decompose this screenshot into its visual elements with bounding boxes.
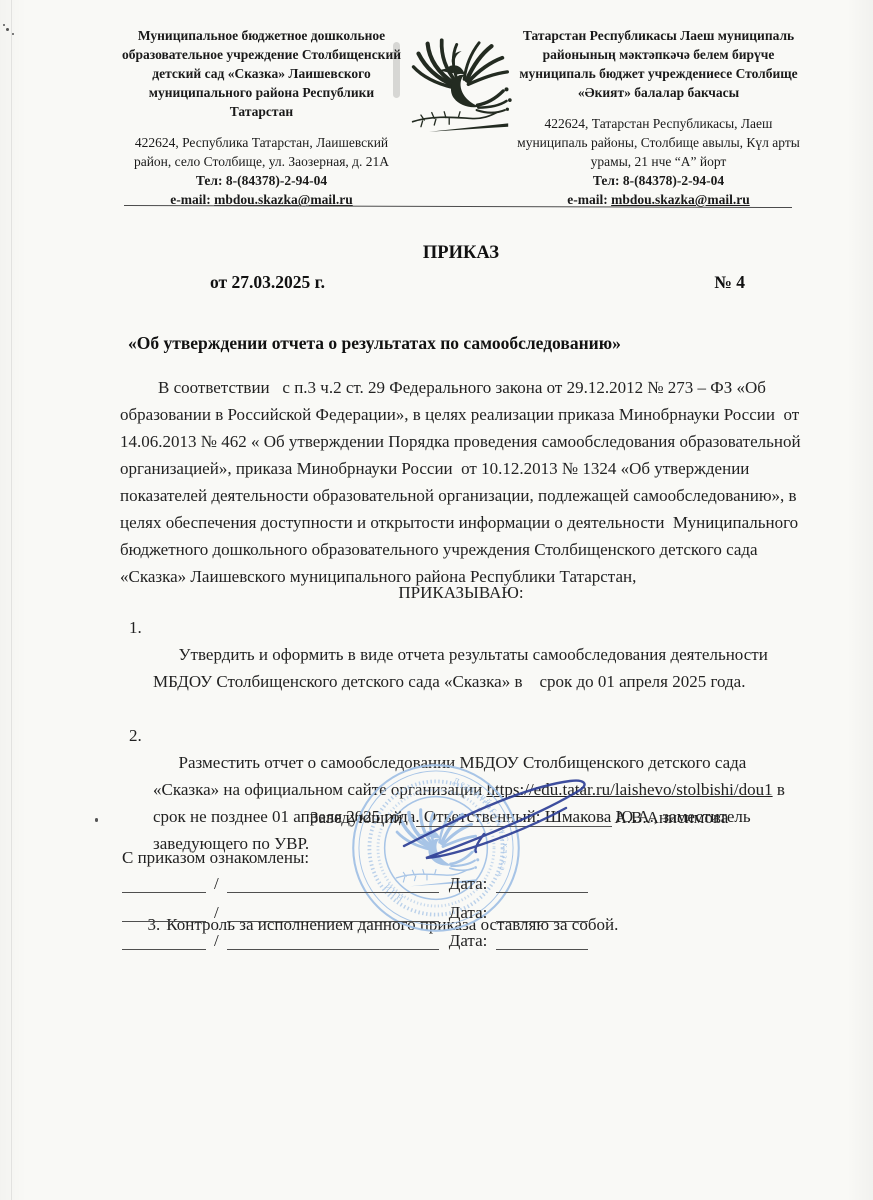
letterhead-left-russian: Муниципальное бюджетное дошкольное образ… [118, 26, 405, 209]
org-address-tatar: 422624, Татарстан Республикасы, Лаеш мун… [515, 114, 802, 171]
date-number-row: от 27.03.2025 г. № 4 [120, 272, 802, 293]
order-number: № 4 [714, 272, 745, 293]
email-label: e-mail: [567, 192, 607, 207]
letterhead: Муниципальное бюджетное дошкольное образ… [118, 26, 802, 209]
name-blank [227, 878, 439, 893]
name-blank [227, 907, 439, 922]
date-blank [496, 878, 588, 893]
resolution-word: ПРИКАЗЫВАЮ: [120, 583, 802, 603]
acknowledgment-rows: / Дата: / Дата: / Дата: [122, 874, 588, 960]
letterhead-right-tatar: Татарстан Республикасы Лаеш муниципаль р… [515, 26, 802, 209]
email-address: mbdou.skazka@mail.ru [611, 192, 750, 207]
scanned-order-document: Муниципальное бюджетное дошкольное образ… [0, 0, 873, 1200]
org-phone: Тел: 8-(84378)-2-94-04 [118, 171, 405, 190]
org-name-russian: Муниципальное бюджетное дошкольное образ… [118, 26, 405, 121]
separator: / [214, 903, 219, 923]
document-type-heading: ПРИКАЗ [120, 243, 802, 264]
date-label: Дата: [449, 931, 488, 951]
name-blank [227, 935, 439, 950]
order-subject: «Об утверждении отчета о результатах по … [128, 333, 808, 354]
scan-edge-line [11, 0, 12, 1200]
org-name-tatar: Татарстан Республикасы Лаеш муниципаль р… [515, 26, 802, 102]
acknowledgment-row: / Дата: [122, 931, 588, 960]
scan-speckle [3, 24, 5, 26]
order-date: от 27.03.2025 г. [210, 272, 325, 293]
signature-blank [122, 907, 206, 922]
signature-blank [122, 935, 206, 950]
signature-blank [122, 878, 206, 893]
separator: / [214, 931, 219, 951]
firebird-logo [406, 26, 514, 209]
separator: / [214, 874, 219, 894]
acknowledgment-row: / Дата: [122, 874, 588, 903]
date-label: Дата: [449, 903, 488, 923]
item-text: Утвердить и оформить в виде отчета резул… [153, 645, 772, 691]
acknowledgment-row: / Дата: [122, 903, 588, 932]
date-blank [496, 935, 588, 950]
scan-speckle [6, 28, 9, 31]
item-number: 1. [129, 614, 142, 641]
org-address-russian: 422624, Республика Татарстан, Лаишевский… [118, 133, 405, 171]
signer-name: А.В.Анисимова [614, 808, 728, 828]
date-label: Дата: [449, 874, 488, 894]
scan-speckle [95, 818, 98, 822]
date-blank [496, 907, 588, 922]
scan-speckle [12, 33, 14, 35]
org-phone: Тел: 8-(84378)-2-94-04 [515, 171, 802, 190]
handwritten-signature [398, 772, 608, 867]
order-item-1: 1.Утвердить и оформить в виде отчета рез… [122, 614, 806, 722]
order-preamble: В соответствии с п.3 ч.2 ст. 29 Федераль… [120, 374, 804, 590]
item-number: 2. [129, 722, 142, 749]
acknowledgment-heading: С приказом ознакомлены: [122, 848, 309, 868]
firebird-logo-icon [406, 32, 514, 140]
signer-title: Заведующий [310, 808, 402, 828]
